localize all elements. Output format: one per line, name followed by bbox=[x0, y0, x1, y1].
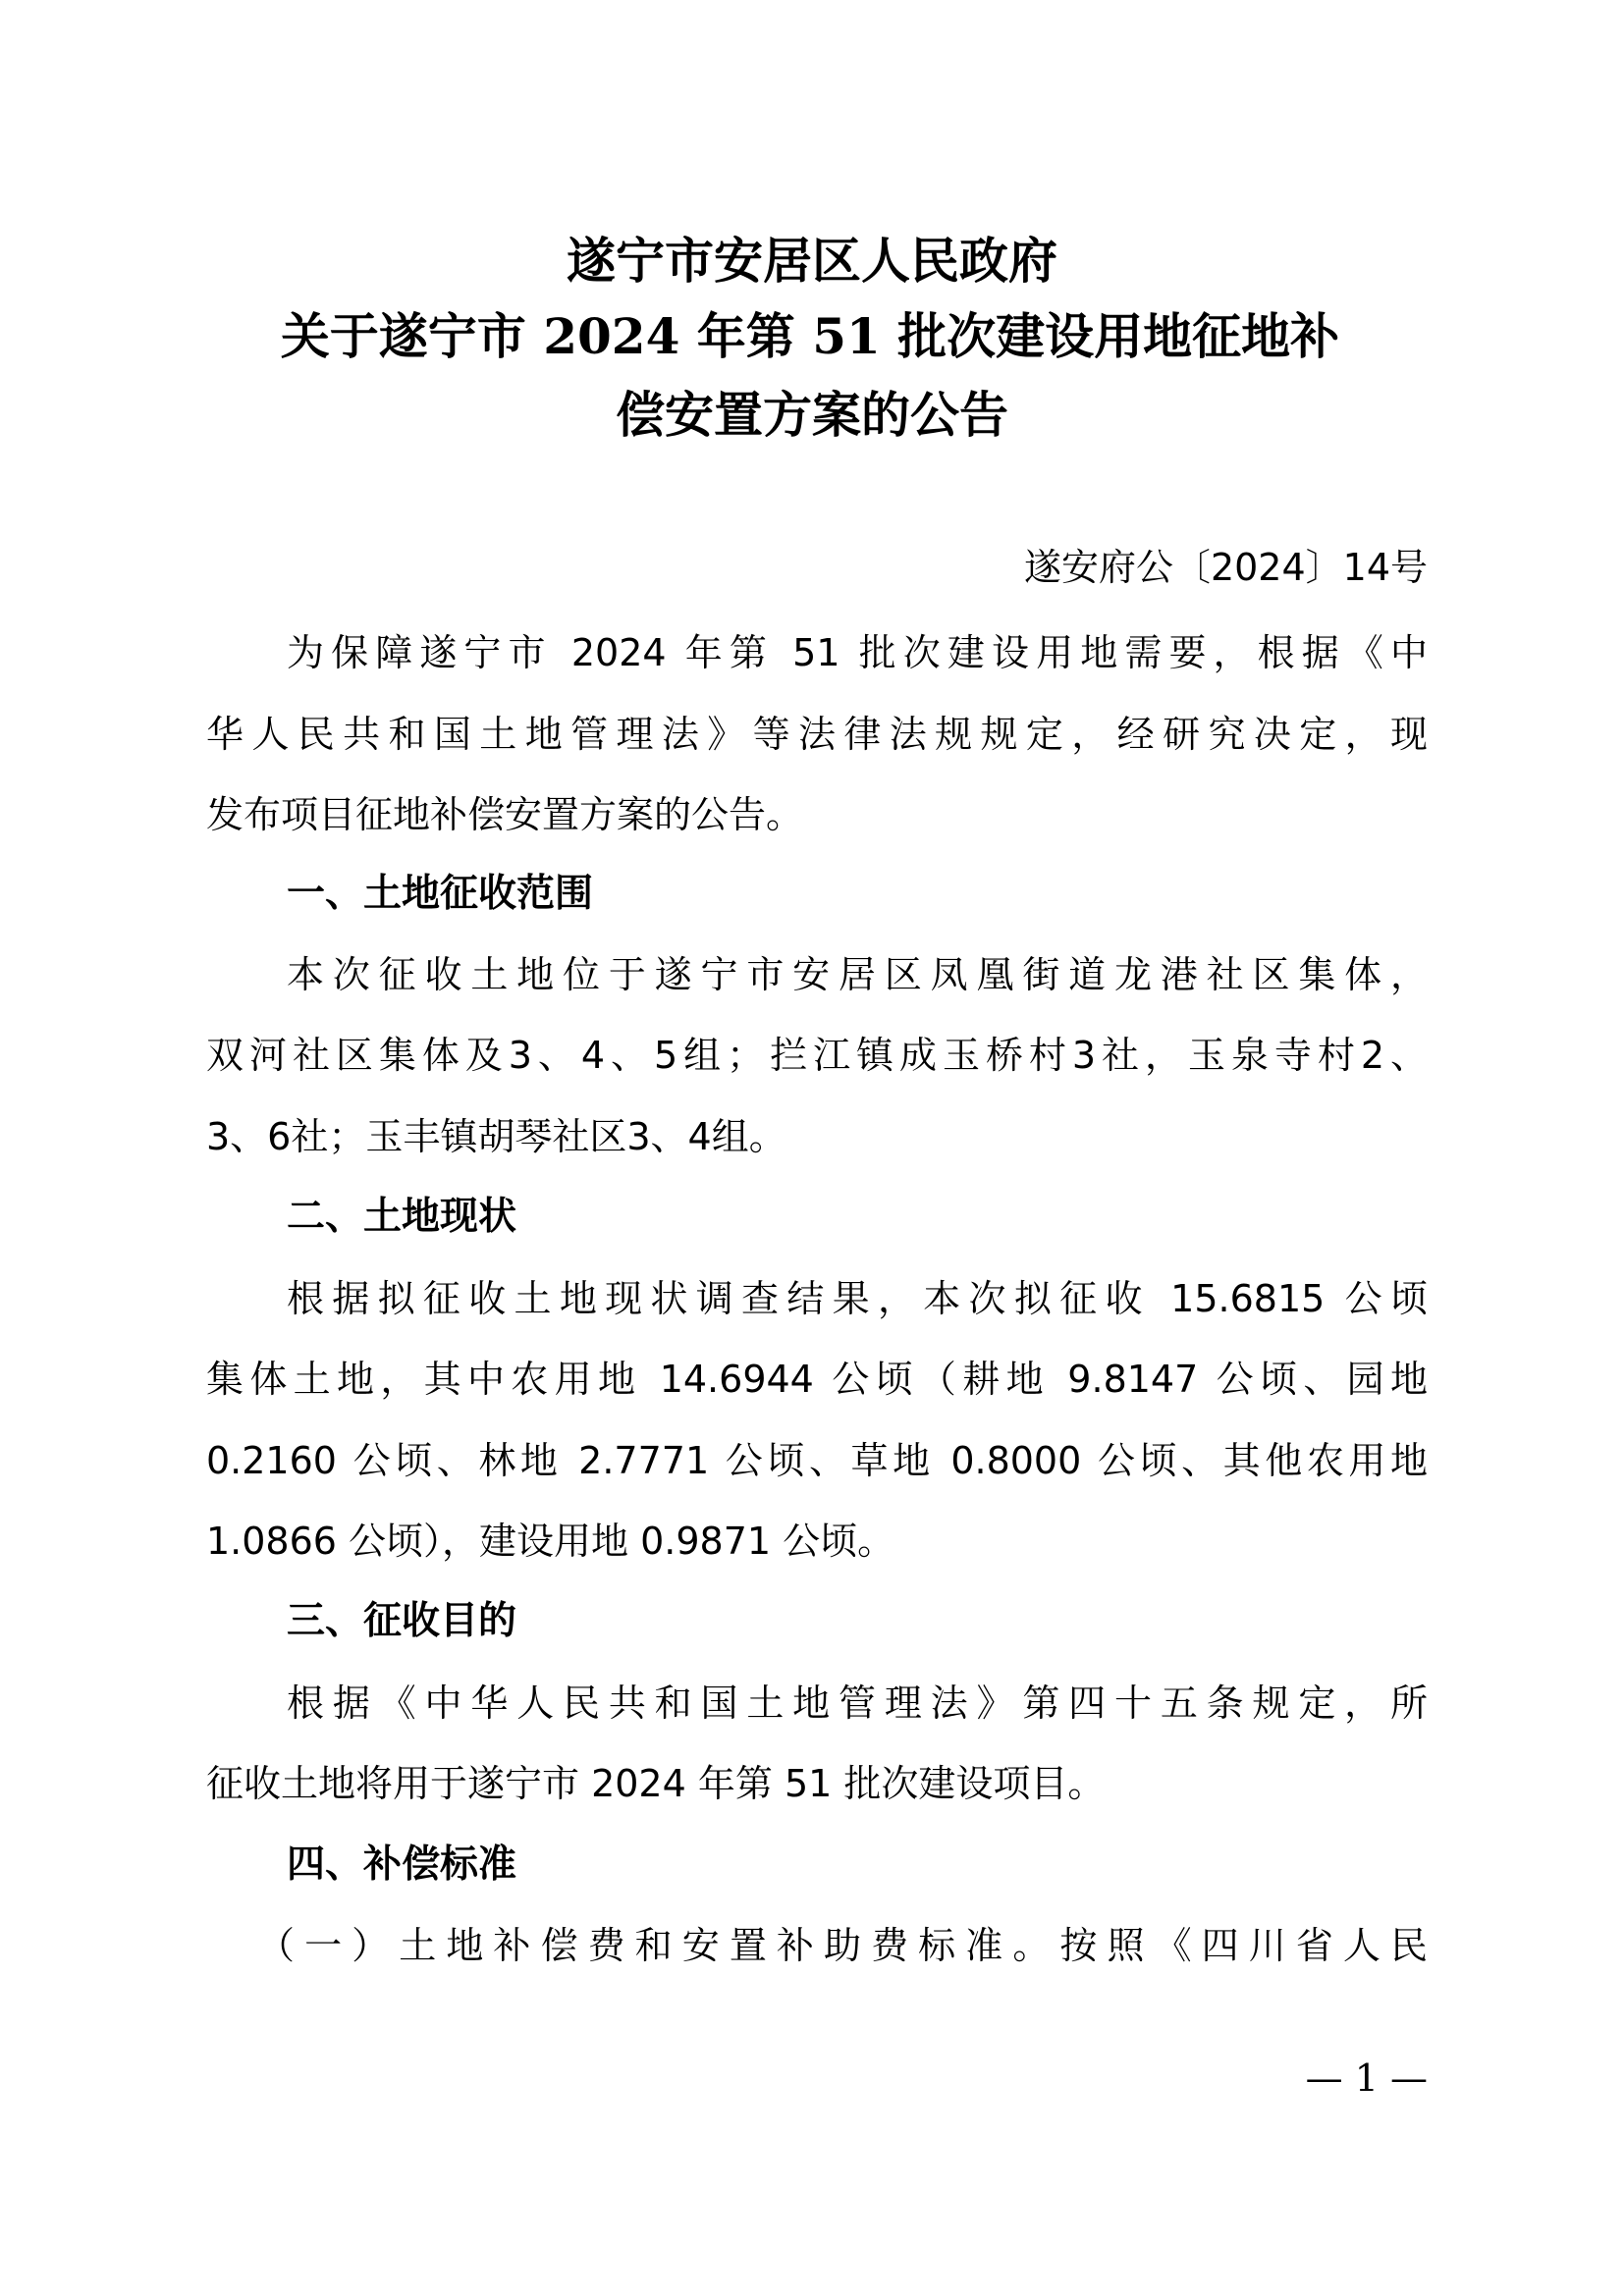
title-line-2: 关于遂宁市 2024 年第 51 批次建设用地征地补 bbox=[0, 307, 1622, 366]
intro-line-3: 发布项目征地补偿安置方案的公告。 bbox=[206, 790, 1428, 839]
section-2-line-3: 0.2160 公顷、林地 2.7771 公顷、草地 0.8000 公顷、其他农用… bbox=[206, 1436, 1428, 1485]
title-line-1: 遂宁市安居区人民政府 bbox=[0, 232, 1624, 291]
section-2-line-4: 1.0866 公顷），建设用地 0.9871 公顷。 bbox=[206, 1517, 1428, 1566]
section-4-line-1: （一）土地补偿费和安置补助费标准。按照《四川省人民 bbox=[257, 1921, 1428, 1970]
section-heading-4: 四、补偿标准 bbox=[287, 1841, 516, 1890]
section-1-line-3: 3、6社；玉丰镇胡琴社区3、4组。 bbox=[206, 1112, 1428, 1161]
document-number: 遂安府公〔2024〕14号 bbox=[1024, 543, 1428, 592]
intro-line-2: 华人民共和国土地管理法》等法律法规规定，经研究决定，现 bbox=[206, 710, 1428, 759]
section-3-line-2: 征收土地将用于遂宁市 2024 年第 51 批次建设项目。 bbox=[206, 1759, 1428, 1808]
section-1-line-2: 双河社区集体及3、4、5组；拦江镇成玉桥村3社，玉泉寺村2、 bbox=[206, 1031, 1428, 1080]
section-2-line-2: 集体土地，其中农用地 14.6944 公顷（耕地 9.8147 公顷、园地 bbox=[206, 1355, 1428, 1404]
document-page: 遂宁市安居区人民政府 关于遂宁市 2024 年第 51 批次建设用地征地补 偿安… bbox=[0, 0, 1624, 2296]
title-line-3: 偿安置方案的公告 bbox=[0, 386, 1624, 445]
section-3-line-1: 根据《中华人民共和国土地管理法》第四十五条规定，所 bbox=[287, 1679, 1428, 1728]
section-heading-2: 二、土地现状 bbox=[287, 1193, 516, 1242]
section-1-line-1: 本次征收土地位于遂宁市安居区凤凰街道龙港社区集体， bbox=[287, 950, 1428, 999]
intro-line-1: 为保障遂宁市 2024 年第 51 批次建设用地需要，根据《中 bbox=[287, 628, 1428, 677]
section-heading-3: 三、征收目的 bbox=[287, 1597, 516, 1646]
section-heading-1: 一、土地征收范围 bbox=[287, 870, 593, 919]
section-2-line-1: 根据拟征收土地现状调查结果，本次拟征收 15.6815 公顷 bbox=[287, 1274, 1428, 1323]
page-number: — 1 — bbox=[1306, 2054, 1428, 2103]
